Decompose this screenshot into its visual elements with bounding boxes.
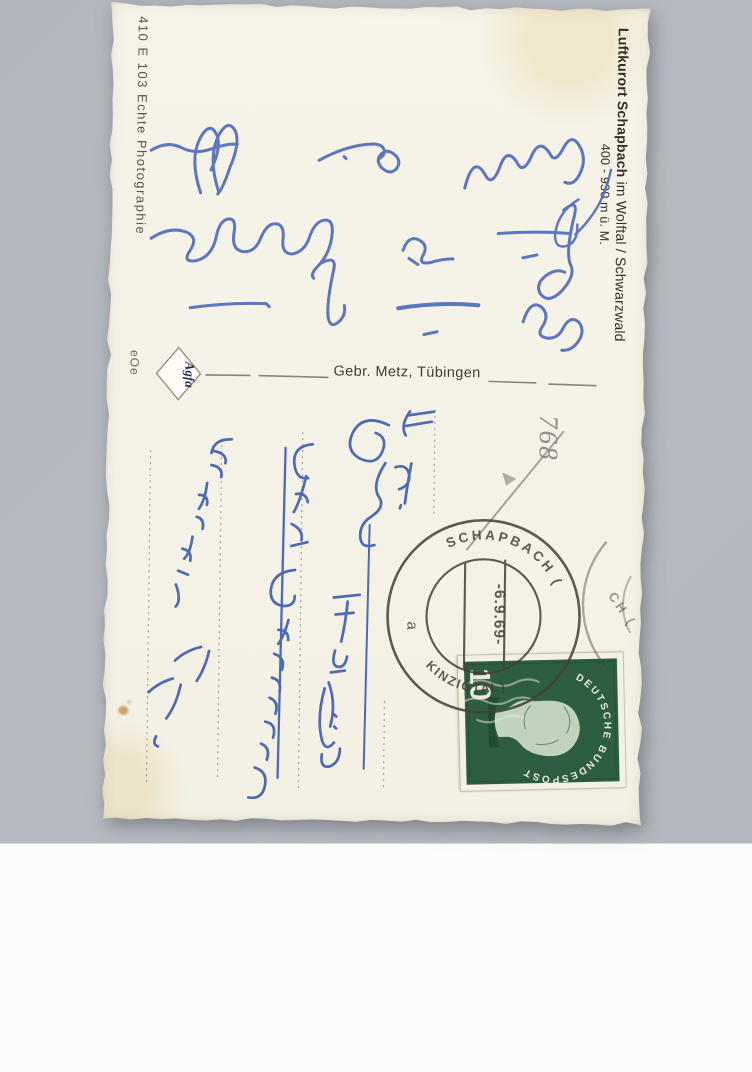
postmark-stray-letters: CH (	[605, 589, 639, 629]
postmark-region-arc: KINZIGTAL)	[423, 658, 509, 696]
foxing-spot	[118, 706, 128, 715]
postcard-back: 410 E 103 Echte Photographie Luftkurort …	[101, 2, 651, 827]
postcard-shadow-wrap: 410 E 103 Echte Photographie Luftkurort …	[0, 0, 752, 1072]
scanned-postcard-photo: 410 E 103 Echte Photographie Luftkurort …	[0, 0, 752, 1072]
postmark-sorting-letter: a	[403, 621, 420, 630]
foxing-spot-small	[126, 700, 131, 704]
postmark-layer: SCHAPBACH ( KINZIGTAL) -6.9.69- a CH (	[101, 2, 651, 827]
postmark-date: -6.9.69-	[490, 584, 508, 646]
